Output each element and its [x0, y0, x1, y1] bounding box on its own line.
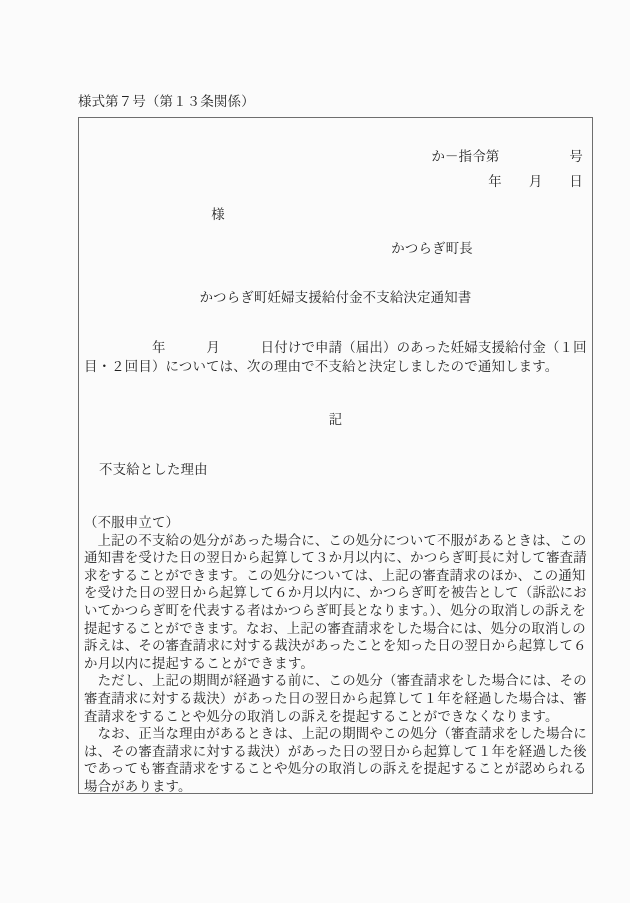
- ki-heading: 記: [79, 409, 592, 428]
- objection-paragraph-2: ただし、上記の期間が経過する前に、この処分（審査請求をした場合には、その審査請求…: [84, 672, 587, 725]
- form-number-label: 様式第７号（第１３条関係）: [78, 91, 255, 110]
- addressee-suffix: 様: [211, 207, 225, 222]
- denial-reason-label: 不支給とした理由: [99, 459, 208, 478]
- addressee-line: 様: [190, 188, 225, 239]
- objection-paragraph-3: なお、正当な理由があるときは、上記の期間やこの処分（審査請求をした場合には、その…: [84, 725, 587, 794]
- objection-section: （不服申立て） 上記の不支給の処分があった場合に、この処分について不服があるとき…: [84, 514, 587, 794]
- document-title: かつらぎ町妊婦支援給付金不支給決定通知書: [79, 287, 592, 306]
- day-label: 日: [569, 174, 583, 189]
- year-label: 年: [488, 174, 502, 189]
- date-line: 年月日: [79, 155, 592, 206]
- document-page: 様式第７号（第１３条関係） か－指令第号 年月日 様 かつらぎ町長 かつらぎ町妊…: [0, 0, 630, 903]
- sender-label: かつらぎ町長: [391, 241, 473, 256]
- notice-body-paragraph: 年 月 日付けで申請（届出）のあった妊婦支援給付金（１回目・２回目）については、…: [84, 338, 587, 376]
- month-label: 月: [529, 174, 543, 189]
- objection-paragraph-1: 上記の不支給の処分があった場合に、この処分について不服があるときは、この通知書を…: [84, 532, 587, 673]
- notice-box: か－指令第号 年月日 様 かつらぎ町長 かつらぎ町妊婦支援給付金不支給決定通知書…: [78, 117, 593, 794]
- sender-name: かつらぎ町長: [370, 222, 473, 273]
- objection-heading: （不服申立て）: [84, 514, 587, 532]
